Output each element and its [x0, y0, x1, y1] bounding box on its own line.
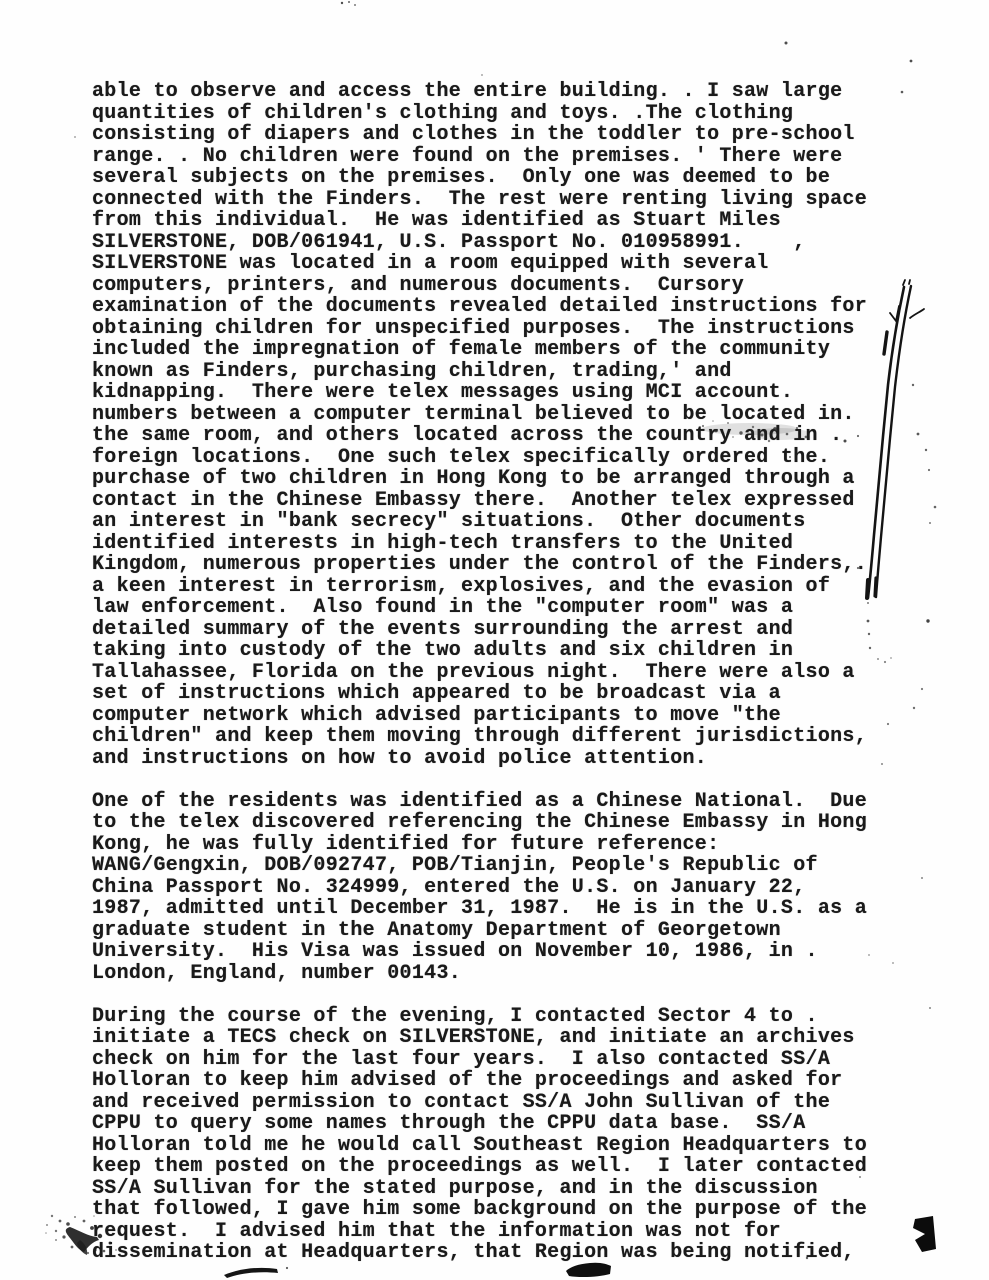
paragraph-2: One of the residents was identified as a…	[92, 791, 867, 985]
paragraph-1: able to observe and access the entire bu…	[92, 81, 867, 769]
pen-dash-icon	[224, 1267, 288, 1278]
typewritten-text-block: able to observe and access the entire bu…	[92, 81, 867, 1264]
paragraph-3: During the course of the evening, I cont…	[92, 1006, 867, 1264]
scanned-document-page: able to observe and access the entire bu…	[0, 0, 989, 1280]
ink-blot-right-icon	[913, 1216, 936, 1252]
ink-blot-icon	[566, 1263, 611, 1277]
handwritten-double-line-icon	[867, 280, 924, 598]
